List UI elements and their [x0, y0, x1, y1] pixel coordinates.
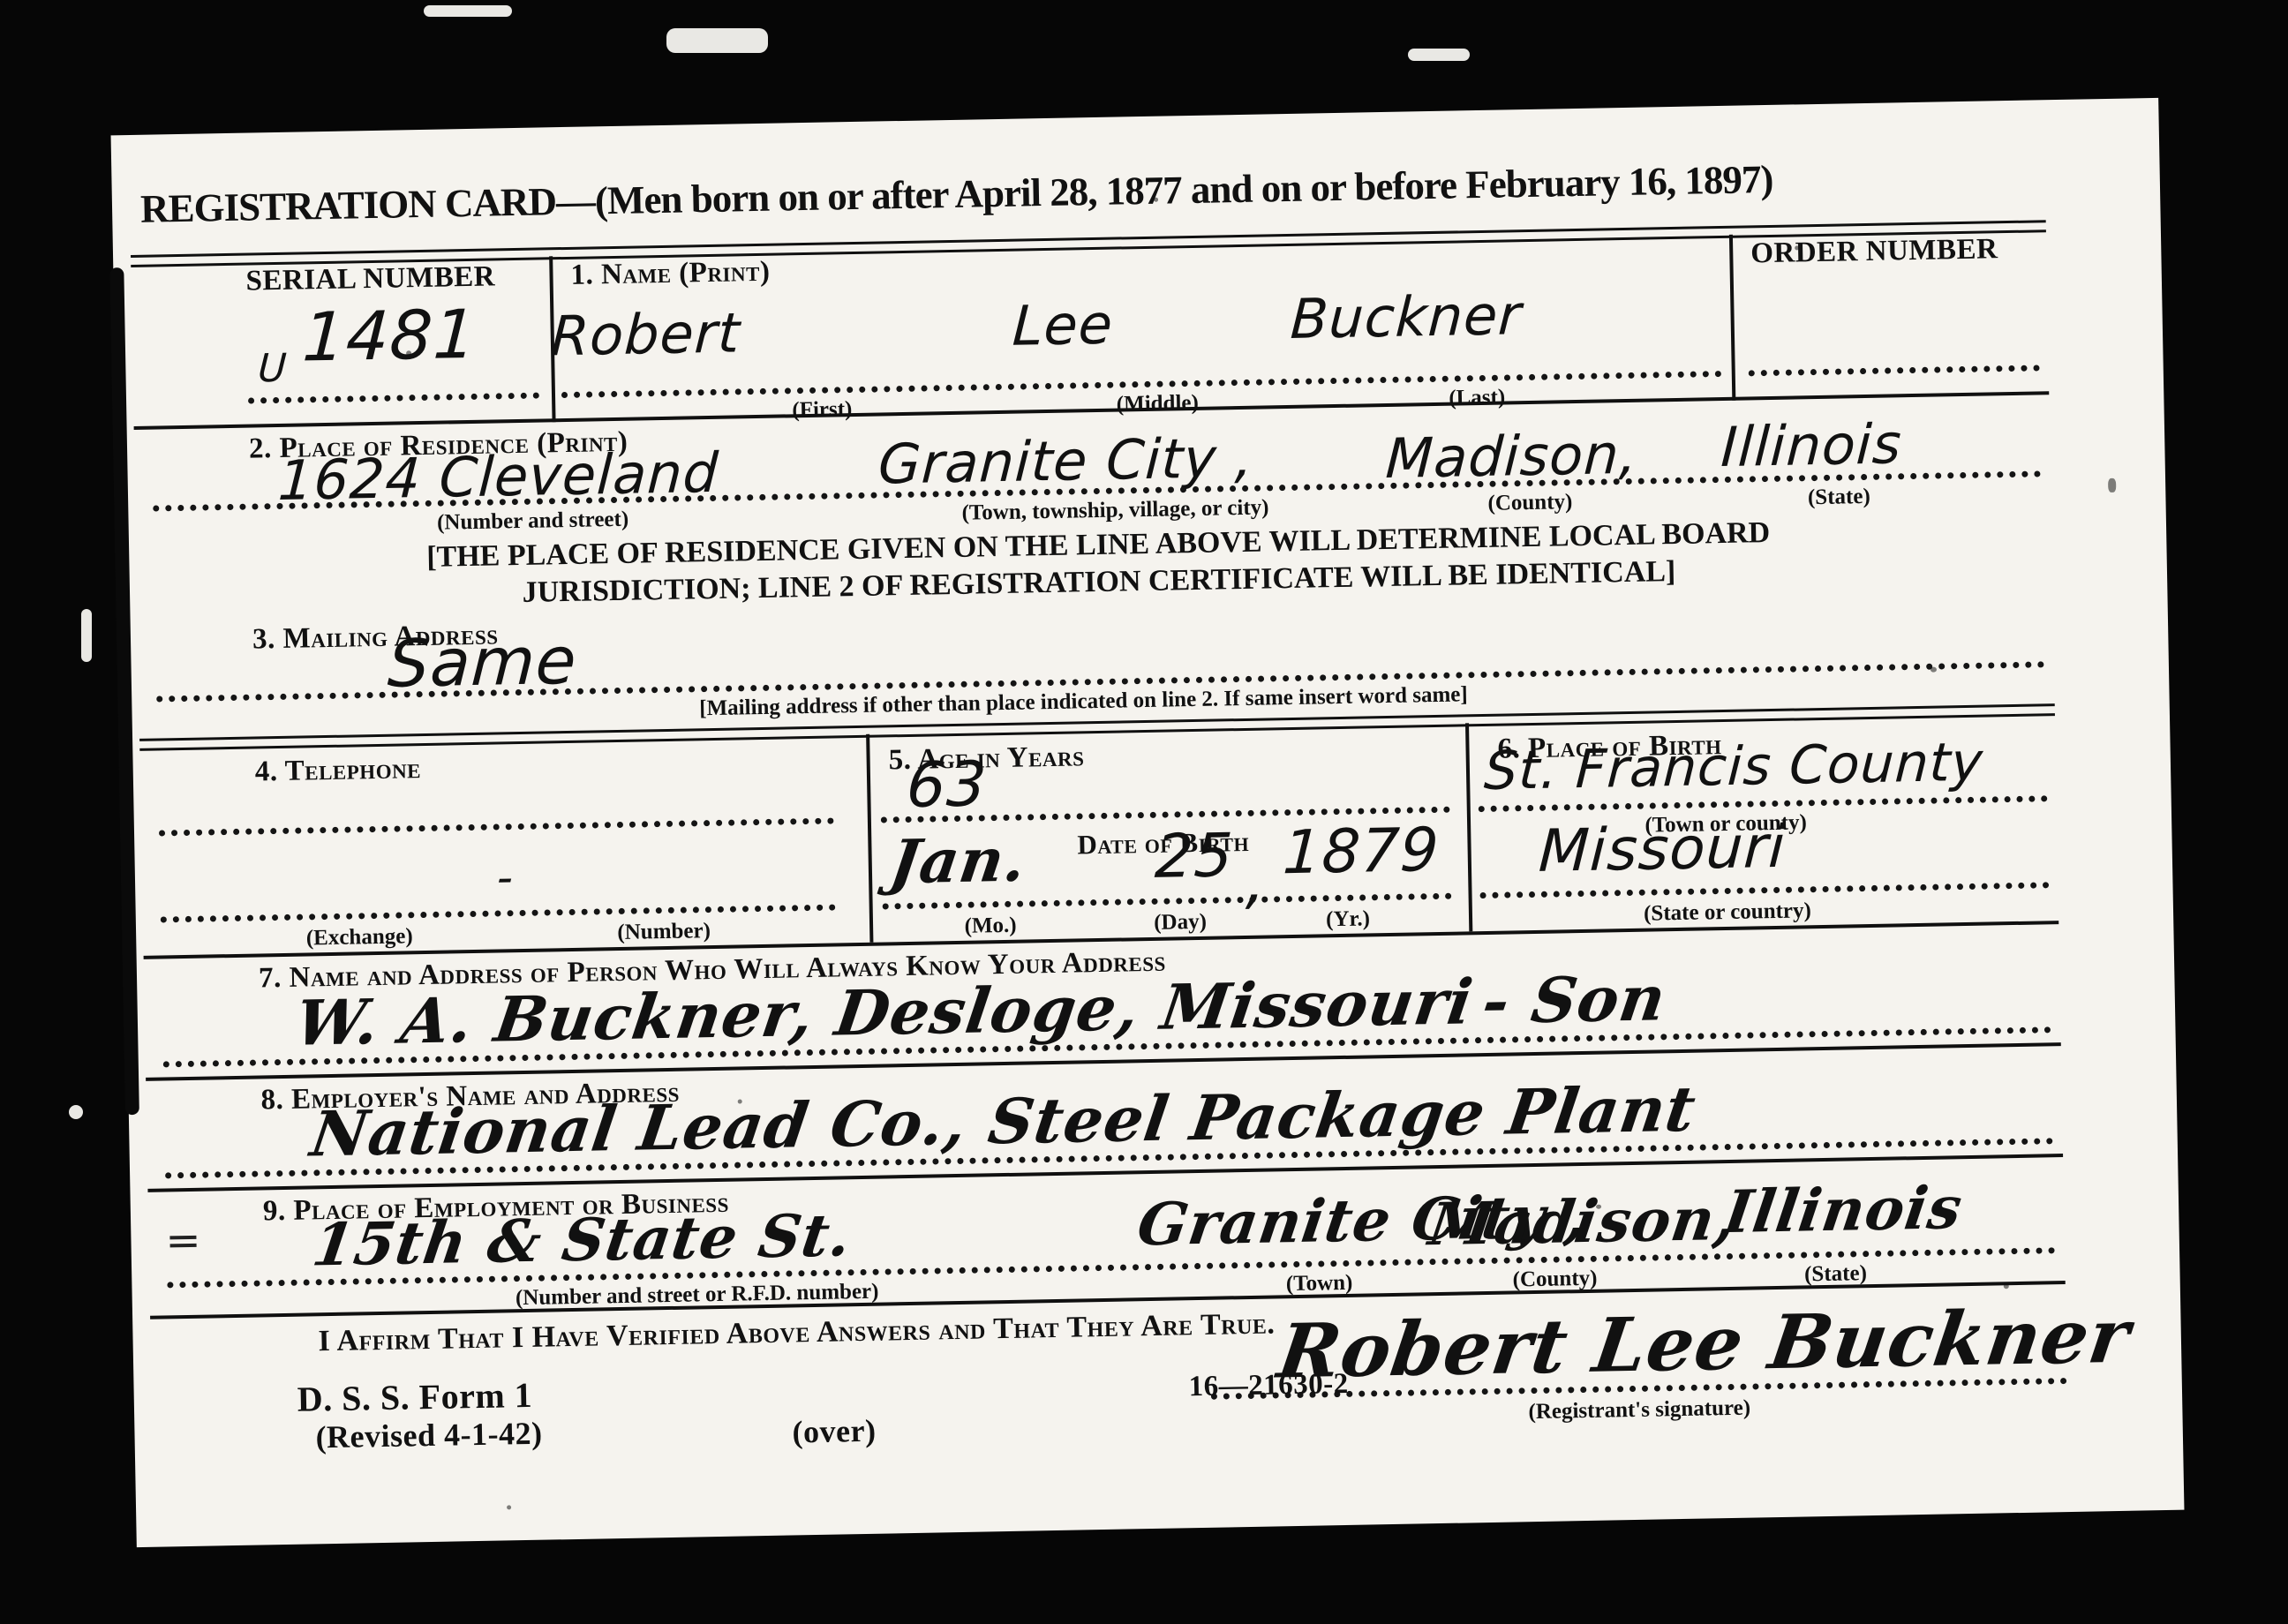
name-middle-value: Lee [1011, 292, 1115, 358]
dob-year-value: 1879 [1281, 816, 1441, 888]
scan-artifact [424, 5, 512, 17]
dob-month-sublabel: (Mo.) [964, 913, 1017, 939]
over-note: (over) [792, 1412, 877, 1451]
name-label: 1. Name (Print) [570, 256, 771, 292]
divider [1465, 723, 1472, 931]
name-last-value: Buckner [1289, 282, 1523, 351]
dob-comma: , [1245, 847, 1268, 918]
serial-number-value: 1481 [301, 295, 479, 377]
telephone-label: 4. Telephone [254, 753, 421, 788]
form-revision: (Revised 4-1-42) [315, 1415, 543, 1456]
order-line [1749, 365, 2040, 376]
employment-state-sublabel: (State) [1804, 1261, 1867, 1287]
employment-town-sublabel: (Town) [1286, 1271, 1353, 1297]
middle-sublabel: (Middle) [1117, 391, 1200, 417]
card-title: REGISTRATION CARD—(Men born on or after … [140, 156, 1773, 232]
contact-relation-value: - Son [1479, 961, 1671, 1038]
print-code: 16—21630-2 [1188, 1368, 1349, 1403]
telephone-line2 [161, 904, 836, 922]
divider [1729, 235, 1735, 401]
scan-background: { "colors": {"paper": "#f5f3ee", "ink": … [0, 0, 2288, 1624]
employment-state-value: Illinois [1720, 1173, 1967, 1246]
first-sublabel: (First) [792, 397, 853, 423]
residence-city-sublabel: (Town, township, village, or city) [961, 495, 1268, 525]
age-value: 63 [905, 748, 989, 822]
dob-year-sublabel: (Yr.) [1326, 906, 1370, 932]
affirmation-text: I Affirm That I Have Verified Above Answ… [318, 1307, 1275, 1358]
order-number-label: ORDER NUMBER [1750, 233, 1998, 270]
scan-artifact [69, 1105, 83, 1119]
telephone-line1 [159, 818, 834, 837]
serial-number-label: SERIAL NUMBER [245, 260, 495, 297]
last-sublabel: (Last) [1449, 385, 1505, 410]
telephone-mark: - [496, 852, 516, 903]
scan-artifact [81, 609, 92, 662]
scan-edge-shadow [109, 267, 139, 1115]
name-first-value: Robert [549, 300, 741, 368]
telephone-number-sublabel: (Number) [617, 919, 711, 945]
serial-prefix-value: U [257, 346, 289, 392]
serial-line [248, 393, 539, 404]
birthplace-town-value: St. Francis County [1483, 732, 1985, 802]
residence-county-sublabel: (County) [1487, 490, 1572, 516]
registration-card: REGISTRATION CARD—(Men born on or after … [111, 98, 2185, 1547]
form-number: D. S. S. Form 1 [297, 1374, 532, 1420]
dob-month-value: Jan. [886, 824, 1032, 898]
scan-artifact [666, 28, 768, 53]
scan-artifact [1408, 49, 1470, 61]
birthplace-state-sublabel: (State or country) [1644, 898, 1811, 926]
smudge-mark [169, 1236, 196, 1240]
residence-street-sublabel: (Number and street) [437, 507, 629, 536]
employment-county-value: Madison, [1425, 1184, 1741, 1259]
signature-sublabel: (Registrant's signature) [1528, 1396, 1750, 1425]
dob-day-value: 25 [1153, 821, 1235, 892]
residence-state-sublabel: (State) [1808, 485, 1870, 510]
telephone-exchange-sublabel: (Exchange) [306, 924, 413, 951]
employment-street-value: 15th & State St. [308, 1200, 855, 1279]
residence-state-value: Illinois [1720, 411, 1903, 479]
birthplace-state-value: Missouri [1537, 813, 1787, 885]
dob-day-sublabel: (Day) [1154, 910, 1207, 936]
divider [866, 734, 873, 943]
